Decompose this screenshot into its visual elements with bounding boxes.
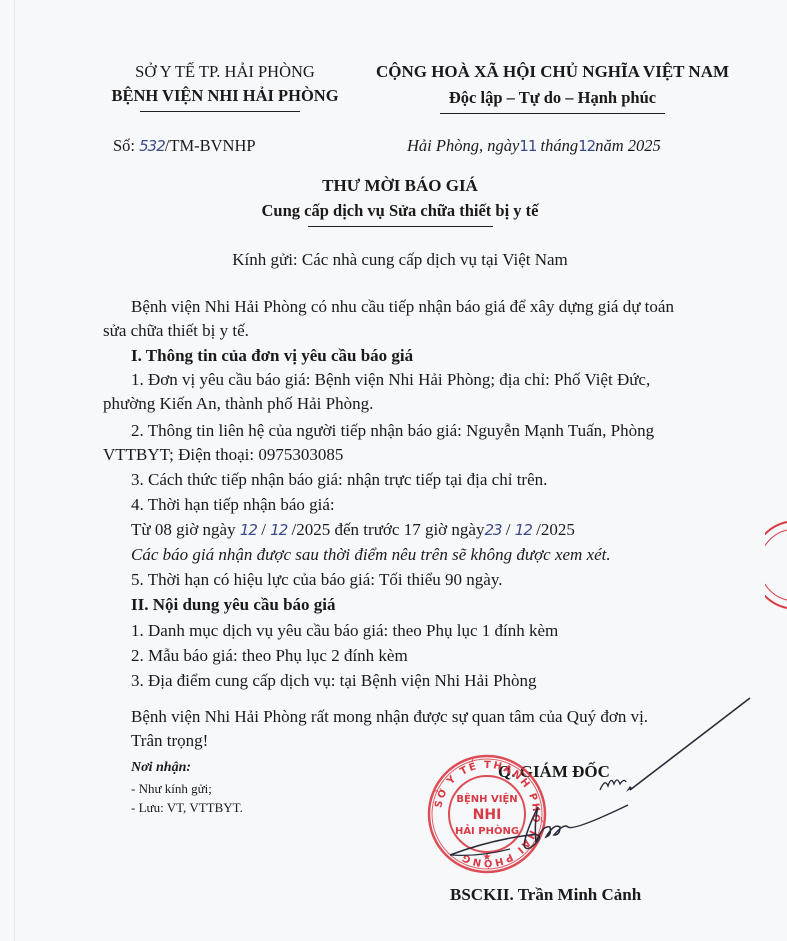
date-year: năm 2025 (595, 136, 661, 155)
section-2-item-1: 1. Danh mục dịch vụ yêu cầu báo giá: the… (131, 621, 558, 641)
period-from-day: 12 (240, 521, 257, 539)
reception-period: Từ 08 giờ ngày 12 / 12 /2025 đến trước 1… (131, 520, 575, 540)
recipients-label: Nơi nhận: (131, 760, 191, 776)
section-1-item-2a: 2. Thông tin liên hệ của người tiếp nhận… (131, 421, 654, 441)
period-to-month: 12 (515, 521, 532, 539)
document-page: SỞ Y TẾ TP. HẢI PHÒNG BỆNH VIỆN NHI HẢI … (0, 0, 787, 941)
subtitle-underline (308, 226, 493, 227)
reference-prefix: Số: (113, 136, 135, 155)
intro-line-1: Bệnh viện Nhi Hải Phòng có nhu cầu tiếp … (131, 297, 674, 317)
date-day: 11 (519, 137, 536, 155)
section-1-item-2b: VTTBYT; Điện thoại: 0975303085 (103, 445, 343, 465)
reference-number: Số: 532/TM-BVNHP (113, 136, 256, 156)
section-2-item-2: 2. Mẫu báo giá: theo Phụ lục 2 đính kèm (131, 646, 408, 666)
date-place: Hải Phòng, ngày (407, 136, 519, 155)
intro-line-2: sửa chữa thiết bị y tế. (103, 321, 249, 341)
section-1-item-1a: 1. Đơn vị yêu cầu báo giá: Bệnh viện Nhi… (131, 370, 650, 390)
reference-handwritten: 532 (139, 137, 165, 155)
page-subtitle: Cung cấp dịch vụ Sửa chữa thiết bị y tế (200, 201, 600, 221)
adjacent-stamp-fragment-icon (765, 520, 787, 610)
header-left-underline (140, 111, 300, 112)
section-1-item-1b: phường Kiến An, thành phố Hải Phòng. (103, 394, 373, 414)
section-1-item-4: 4. Thời hạn tiếp nhận báo giá: (131, 495, 335, 515)
section-1-heading: I. Thông tin của đơn vị yêu cầu báo giá (131, 346, 413, 366)
signer-name: BSCKII. Trần Minh Cảnh (450, 885, 641, 905)
section-1-item-3: 3. Cách thức tiếp nhận báo giá: nhận trự… (131, 470, 547, 490)
period-to-day: 23 (484, 521, 501, 539)
closing-line-2: Trân trọng! (131, 731, 208, 751)
reception-note: Các báo giá nhận được sau thời điểm nêu … (131, 545, 611, 565)
period-from-month: 12 (270, 521, 287, 539)
scan-edge (14, 0, 15, 941)
period-from-year: /2025 (292, 520, 331, 539)
section-2-heading: II. Nội dung yêu cầu báo giá (131, 595, 336, 615)
date-month: 12 (578, 137, 595, 155)
date-month-label: tháng (541, 136, 579, 155)
signature-stroke-icon (580, 690, 760, 810)
page-title: THƯ MỜI BÁO GIÁ (200, 176, 600, 196)
reference-suffix: /TM-BVNHP (165, 136, 256, 155)
director-signature-icon (440, 800, 680, 870)
header-hospital: BỆNH VIỆN NHI HẢI PHÒNG (60, 86, 390, 106)
header-motto: Độc lập – Tự do – Hạnh phúc (355, 88, 750, 108)
header-country: CỘNG HOÀ XÃ HỘI CHỦ NGHĨA VIỆT NAM (355, 62, 750, 82)
recipient-item: - Lưu: VT, VTTBYT. (131, 800, 243, 816)
closing-line-1: Bệnh viện Nhi Hải Phòng rất mong nhận đư… (131, 707, 648, 727)
section-1-item-5: 5. Thời hạn có hiệu lực của báo giá: Tối… (131, 570, 503, 590)
date-line: Hải Phòng, ngày11 tháng12năm 2025 (407, 136, 661, 156)
salutation: Kính gửi: Các nhà cung cấp dịch vụ tại V… (200, 250, 600, 270)
period-to-prefix: đến trước 17 giờ ngày (335, 520, 485, 539)
recipient-item: - Như kính gửi; (131, 781, 212, 797)
header-right-underline (440, 113, 665, 114)
header-ministry: SỞ Y TẾ TP. HẢI PHÒNG (60, 62, 390, 82)
period-from-prefix: Từ 08 giờ ngày (131, 520, 236, 539)
section-2-item-3: 3. Địa điểm cung cấp dịch vụ: tại Bệnh v… (131, 671, 537, 691)
period-to-year: /2025 (536, 520, 575, 539)
